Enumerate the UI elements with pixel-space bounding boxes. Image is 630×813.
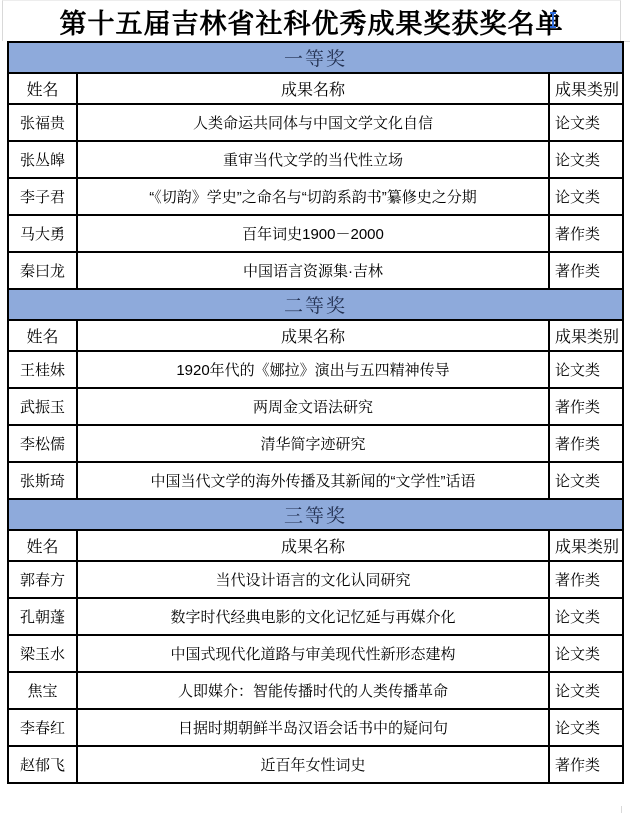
work-title-cell: 清华简字迹研究 [77,425,549,462]
name-cell: 张福贵 [8,104,77,141]
page-title: 第十五届吉林省社科优秀成果奖获奖名单 [60,2,564,41]
column-header-name: 姓名 [8,320,77,351]
category-cell: 著作类 [549,561,623,598]
name-cell: 武振玉 [8,388,77,425]
work-title-cell: 1920年代的《娜拉》演出与五四精神传导 [77,351,549,388]
category-cell: 论文类 [549,598,623,635]
category-cell: 论文类 [549,351,623,388]
work-title-cell: 近百年女性词史 [77,746,549,783]
category-cell: 著作类 [549,746,623,783]
work-title-cell: 两周金文语法研究 [77,388,549,425]
table-row: 秦曰龙 中国语言资源集·吉林 著作类 [8,252,623,289]
column-header-row: 姓名 成果名称 成果类别 [8,73,623,104]
column-header-work: 成果名称 [77,530,549,561]
category-cell: 论文类 [549,462,623,499]
table-row: 张斯琦 中国当代文学的海外传播及其新闻的“文学性”话语 论文类 [8,462,623,499]
column-header-name: 姓名 [8,530,77,561]
category-cell: 著作类 [549,215,623,252]
award-section-band: 二等奖 [8,289,623,320]
outer-grid-line [621,806,622,813]
category-cell: 著作类 [549,388,623,425]
name-cell: 马大勇 [8,215,77,252]
work-title-cell: 数字时代经典电影的文化记忆延与再媒介化 [77,598,549,635]
table-row: 王桂妹 1920年代的《娜拉》演出与五四精神传导 论文类 [8,351,623,388]
award-section-band: 一等奖 [8,42,623,73]
category-cell: 著作类 [549,425,623,462]
table-row: 梁玉水 中国式现代化道路与审美现代性新形态建构 论文类 [8,635,623,672]
category-cell: 论文类 [549,672,623,709]
column-header-work: 成果名称 [77,320,549,351]
column-header-row: 姓名 成果名称 成果类别 [8,320,623,351]
work-title-cell: 中国语言资源集·吉林 [77,252,549,289]
name-cell: 王桂妹 [8,351,77,388]
name-cell: 赵郁飞 [8,746,77,783]
column-header-work: 成果名称 [77,73,549,104]
name-cell: 张斯琦 [8,462,77,499]
awards-table: 一等奖 姓名 成果名称 成果类别 张福贵 人类命运共同体与中国文学文化自信 论文… [7,41,624,784]
award-band-label: 三等奖 [8,499,623,530]
column-header-category: 成果类别 [549,73,623,104]
work-title-cell: 人即媒介：智能传播时代的人类传播革命 [77,672,549,709]
name-cell: 焦宝 [8,672,77,709]
award-section-band: 三等奖 [8,499,623,530]
work-title-cell: “《切韵》学史”之命名与“切韵系韵书”纂修史之分期 [77,178,549,215]
category-cell: 著作类 [549,252,623,289]
category-cell: 论文类 [549,178,623,215]
table-row: 武振玉 两周金文语法研究 著作类 [8,388,623,425]
name-cell: 郭春方 [8,561,77,598]
name-cell: 李松儒 [8,425,77,462]
table-row: 李子君 “《切韵》学史”之命名与“切韵系韵书”纂修史之分期 论文类 [8,178,623,215]
category-cell: 论文类 [549,709,623,746]
name-cell: 孔朝蓬 [8,598,77,635]
column-header-category: 成果类别 [549,320,623,351]
table-row: 李松儒 清华简字迹研究 著作类 [8,425,623,462]
name-cell: 李子君 [8,178,77,215]
table-row: 李春红 日据时期朝鲜半岛汉语会话书中的疑问句 论文类 [8,709,623,746]
work-title-cell: 当代设计语言的文化认同研究 [77,561,549,598]
work-title-cell: 人类命运共同体与中国文学文化自信 [77,104,549,141]
name-cell: 梁玉水 [8,635,77,672]
work-title-cell: 百年词史1900－2000 [77,215,549,252]
document-title-block: 第十五届吉林省社科优秀成果奖获奖名单 [2,0,621,41]
category-cell: 论文类 [549,104,623,141]
column-header-category: 成果类别 [549,530,623,561]
table-row: 张福贵 人类命运共同体与中国文学文化自信 论文类 [8,104,623,141]
column-header-row: 姓名 成果名称 成果类别 [8,530,623,561]
work-title-cell: 日据时期朝鲜半岛汉语会话书中的疑问句 [77,709,549,746]
table-row: 孔朝蓬 数字时代经典电影的文化记忆延与再媒介化 论文类 [8,598,623,635]
work-title-cell: 中国当代文学的海外传播及其新闻的“文学性”话语 [77,462,549,499]
table-row: 马大勇 百年词史1900－2000 著作类 [8,215,623,252]
work-title-cell: 中国式现代化道路与审美现代性新形态建构 [77,635,549,672]
name-cell: 张丛皞 [8,141,77,178]
table-row: 张丛皞 重审当代文学的当代性立场 论文类 [8,141,623,178]
category-cell: 论文类 [549,635,623,672]
column-header-name: 姓名 [8,73,77,104]
name-cell: 李春红 [8,709,77,746]
work-title-cell: 重审当代文学的当代性立场 [77,141,549,178]
text-cursor [552,13,554,27]
name-cell: 秦曰龙 [8,252,77,289]
table-row: 焦宝 人即媒介：智能传播时代的人类传播革命 论文类 [8,672,623,709]
table-row: 郭春方 当代设计语言的文化认同研究 著作类 [8,561,623,598]
category-cell: 论文类 [549,141,623,178]
award-band-label: 二等奖 [8,289,623,320]
award-band-label: 一等奖 [8,42,623,73]
table-row: 赵郁飞 近百年女性词史 著作类 [8,746,623,783]
